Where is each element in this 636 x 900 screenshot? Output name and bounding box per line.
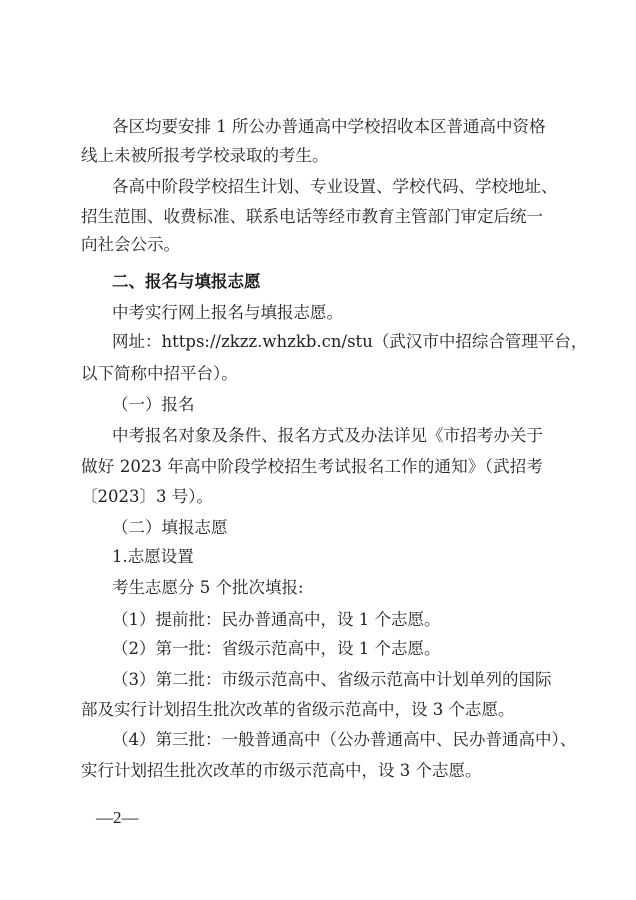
subsection-heading: （二）填报志愿: [112, 516, 543, 540]
list-item: （2）第一批：省级示范高中，设 1 个志愿。: [112, 637, 543, 661]
paragraph-line: 线上未被所报考学校录取的考生。: [81, 144, 543, 168]
paragraph-line: 〔2023〕3 号）。: [81, 485, 543, 509]
page-number: —2—: [96, 807, 139, 829]
list-item: （4）第三批：一般普通高中（公办普通高中、民办普通高中）、: [112, 728, 543, 752]
subsection-heading: （一）报名: [112, 393, 543, 417]
paragraph-line: 做好 2023 年高中阶段学校招生考试报名工作的通知》（武招考: [81, 455, 543, 479]
url-line: 网址：https://zkzz.whzkb.cn/stu（武汉市中招综合管理平台…: [112, 330, 543, 354]
paragraph-line: 向社会公示。: [81, 233, 543, 257]
document-page: 各区均要安排 1 所公办普通高中学校招收本区普通高中资格 线上未被所报考学校录取…: [0, 0, 636, 900]
paragraph-line: 考生志愿分 5 个批次填报:: [112, 576, 543, 600]
list-item-continuation: 实行计划招生批次改革的市级示范高中，设 3 个志愿。: [81, 759, 543, 783]
paragraph-line: 各区均要安排 1 所公办普通高中学校招收本区普通高中资格: [112, 115, 543, 139]
paragraph-line: 中考实行网上报名与填报志愿。: [112, 301, 543, 325]
paragraph-line: 各高中阶段学校招生计划、专业设置、学校代码、学校地址、: [112, 175, 543, 199]
paragraph-line: 招生范围、收费标准、联系电话等经市教育主管部门审定后统一: [81, 205, 543, 229]
section-heading: 二、报名与填报志愿: [112, 270, 543, 294]
list-item: （3）第二批：市级示范高中、省级示范高中计划单列的国际: [112, 668, 543, 692]
list-item: （1）提前批：民办普通高中，设 1 个志愿。: [112, 608, 543, 632]
list-item-continuation: 部及实行计划招生批次改革的省级示范高中，设 3 个志愿。: [81, 698, 543, 722]
item-heading: 1.志愿设置: [112, 545, 543, 569]
paragraph-line: 以下简称中招平台）。: [81, 362, 543, 386]
paragraph-line: 中考报名对象及条件、报名方式及办法详见《市招考办关于: [112, 424, 543, 448]
